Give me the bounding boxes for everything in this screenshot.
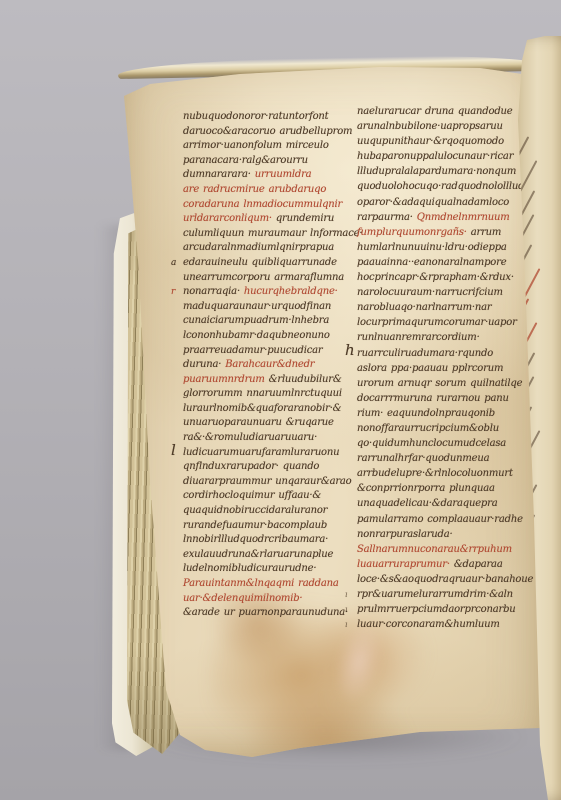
manuscript-line: runlnuanremrarcordium· [357, 330, 543, 345]
text-segment: nonarraqia· [183, 286, 244, 297]
manuscript-line: lnnobirllludquodrcribaumara· [183, 533, 359, 548]
manuscript-line: ludelnomibludicuraurudne· [183, 562, 359, 577]
text-segment: ruarrculiruadumara·rqundo [357, 348, 493, 359]
manuscript-photo: nubuquodonoror·ratuntorfontdaruoco&araco… [0, 0, 561, 800]
text-segment: loce·&s&aoquodraqruaur·banahoue [357, 574, 533, 585]
manuscript-line: cunaiciarumpuadrum·lnhebra [183, 314, 359, 329]
text-column-right: naelurarucar druna quandoduearunalnbubil… [357, 104, 543, 632]
manuscript-line: praarreuadamur·puucudicar [183, 344, 359, 359]
facing-page-text-line [520, 190, 535, 216]
manuscript-line: luraurlnomib&quaforaranobir·& [183, 402, 359, 417]
text-segment: glorrorumm nnaruumlnrctuquui [183, 388, 342, 399]
text-segment: narolocuuraum·narrucrifcium [357, 287, 503, 298]
manuscript-line: lcononhubamr·daqubneonuno [183, 329, 359, 344]
manuscript-line: ıluaur·corconaram&humluum [357, 617, 543, 632]
manuscript-line: docarrrmuruna rurarnou panu [357, 391, 543, 406]
text-segment: are radrucmirue arubdaruqo [183, 184, 326, 195]
text-segment: rarpaurma· [357, 212, 417, 223]
manuscript-line: daruoco&aracoruo arudbelluprom [183, 125, 359, 140]
manuscript-line: &conprrionrporra plunquaa [357, 481, 543, 496]
text-segment: locurprimaqurumcorumar·uapor [357, 317, 517, 328]
text-segment: urorum arnuqr sorum quilnatilqe [357, 378, 522, 389]
text-segment: urruumldra [255, 169, 312, 180]
margin-mark: h [345, 343, 354, 358]
text-segment: duruna· [183, 359, 225, 370]
text-segment: hubaparonuppalulocunaur·ricar [357, 151, 513, 162]
manuscript-line: nonoffaraurrucripcium&oblu [357, 421, 543, 436]
manuscript-line: arcudaralnmadiumlqnirprapua [183, 241, 359, 256]
manuscript-line: qo·quidumhunclocumudcelasa [357, 436, 543, 451]
manuscript-line: llludupralalapardumara·nonqum [357, 164, 543, 179]
manuscript-line: duruna· Barahcaur&dnedr [183, 358, 359, 373]
manuscript-line: hubaparonuppalulocunaur·ricar [357, 149, 543, 164]
text-segment: docarrrmuruna rurarnou panu [357, 393, 509, 404]
manuscript-line: pamularramo complaauaur·radhe [357, 512, 543, 527]
text-segment: exulauudruna&rlaruarunaplue [183, 549, 333, 560]
manuscript-line: are radrucmirue arubdaruqo [183, 183, 359, 198]
text-segment: paauainna··eanonaralnampore [357, 257, 506, 268]
margin-mark: l [171, 443, 176, 458]
margin-mark: ı [345, 587, 347, 602]
manuscript-line: rium· eaquundolnprauqonib [357, 406, 543, 421]
manuscript-line: uuqupunithaur·&rqoquomodo [357, 134, 543, 149]
manuscript-line: paauainna··eanonaralnampore [357, 255, 543, 270]
manuscript-page: nubuquodonoror·ratuntorfontdaruoco&araco… [118, 58, 543, 764]
manuscript-line: Parauintanm&lnqaqmi raddana [183, 577, 359, 592]
text-segment: qrundemiru [276, 213, 334, 224]
text-segment: quoduolohocuqo·radquodnololllud [357, 181, 524, 192]
text-segment: qo·quidumhunclocumudcelasa [357, 438, 506, 449]
text-segment: arunalnbubilone·uapropsaruu [357, 121, 503, 132]
text-segment: puaruumnrdrum [183, 374, 269, 385]
text-segment: rium· eaquundolnprauqonib [357, 408, 495, 419]
text-segment: prulmrruerpciumdaorprconarbu [357, 604, 516, 615]
text-segment: dumnararara· [183, 169, 255, 180]
text-segment: diuararpraummur unqaraur&arao [183, 476, 352, 487]
manuscript-line: arunalnbubilone·uapropsaruu [357, 119, 543, 134]
text-segment: qnflnduxrarupador· quando [183, 461, 319, 472]
text-segment: quaquidnobiruccidaraluranor [183, 505, 327, 516]
manuscript-line: lludicuarumuarufaramluraruonu [183, 446, 359, 461]
text-segment: humlarlnunuuinu·ldru·odieppa [357, 242, 507, 253]
text-segment: unearrumcorporu armaraflumna [183, 272, 344, 283]
manuscript-line: loce·&s&aoquodraqruaur·banahoue [357, 572, 543, 587]
manuscript-line: aslora ppa·paauau pplrcorum [357, 361, 543, 376]
text-segment: nonrarpuraslaruda· [357, 529, 452, 540]
text-segment: coradaruna lnmadiocummulqnir [183, 199, 342, 210]
text-segment: &arade ur puarnonparaunuduna· [183, 607, 348, 618]
text-segment: ludelnomibludicuraurudne· [183, 563, 316, 574]
manuscript-line: hruarrculiruadumara·rqundo [357, 346, 543, 361]
text-segment: unaquadelicau·&daraquepra [357, 498, 497, 509]
text-segment: &daparaa [454, 559, 503, 570]
manuscript-line: unuaruoparaunuaru &ruqarue [183, 416, 359, 431]
text-segment: lnnobirllludquodrcribaumara· [183, 534, 328, 545]
text-segment: luaur·corconaram&humluum [357, 619, 500, 630]
manuscript-line: arrimor·uanonfolum mirceulo [183, 139, 359, 154]
text-segment: naelurarucar druna quandodue [357, 106, 512, 117]
text-segment: praarreuadamur·puucudicar [183, 345, 323, 356]
text-segment: ra&·&romuludiaruaruuaru· [183, 432, 317, 443]
manuscript-line: ra&·&romuludiaruaruuaru· [183, 431, 359, 446]
manuscript-line: dumnararara· urruumldra [183, 168, 359, 183]
manuscript-line: urorum arnuqr sorum quilnatilqe [357, 376, 543, 391]
manuscript-line: culumliquun muraumaur lnformace· [183, 227, 359, 242]
text-segment: unuaruoparaunuaru &ruqarue [183, 417, 334, 428]
text-segment: arrum [471, 227, 501, 238]
text-segment: hocprincapr·&rprapham·&rdux· [357, 272, 514, 283]
manuscript-line: quaquidnobiruccidaraluranor [183, 504, 359, 519]
manuscript-line: oparor·&adaquiqualnadamloco [357, 195, 543, 210]
text-segment: Barahcaur&dnedr [225, 359, 314, 370]
manuscript-line: rarrunalhrfar·quodunmeua [357, 451, 543, 466]
text-segment: lcononhubamr·daqubneonuno [183, 330, 330, 341]
manuscript-line: urldararconliqum· qrundemiru [183, 212, 359, 227]
text-segment: llludupralalapardumara·nonqum [357, 166, 516, 177]
facing-page-text-line [519, 160, 538, 192]
manuscript-line: luauarruraprumur· &daparaa [357, 557, 543, 572]
text-segment: daruoco&aracoruo arudbelluprom [183, 126, 352, 137]
text-segment: rarrunalhrfar·quodunmeua [357, 453, 489, 464]
text-segment: arcudaralnmadiumlqnirprapua [183, 242, 334, 253]
manuscript-line: exulauudruna&rlaruarunaplue [183, 548, 359, 563]
text-segment: &conprrionrporra plunquaa [357, 483, 495, 494]
manuscript-line: aedarauineulu quibliquarrunade [183, 256, 359, 271]
text-segment: maduquaraunaur·urquodfinan [183, 301, 331, 312]
manuscript-line: nubuquodonoror·ratuntorfont [183, 110, 359, 125]
manuscript-line: quoduolohocuqo·radquodnololllud [357, 179, 543, 194]
text-segment: &rluudubilur& [269, 374, 342, 385]
manuscript-line: unearrumcorporu armaraflumna [183, 271, 359, 286]
manuscript-line: unaquadelicau·&daraquepra [357, 496, 543, 511]
manuscript-line: narolocuuraum·narrucrifcium [357, 285, 543, 300]
text-segment: runlnuanremrarcordium· [357, 332, 480, 343]
manuscript-line: &arade ur puarnonparaunuduna· [183, 606, 359, 621]
margin-mark: ı [345, 617, 347, 632]
manuscript-line: locurprimaqurumcorumar·uapor [357, 315, 543, 330]
manuscript-line: nonrarpuraslaruda· [357, 527, 543, 542]
text-segment: oparor·&adaquiqualnadamloco [357, 197, 509, 208]
manuscript-line: humlarlnunuuinu·ldru·odieppa [357, 240, 543, 255]
text-segment: Qnmdnelnmrnuum [417, 212, 510, 223]
text-column-left: nubuquodonoror·ratuntorfontdaruoco&araco… [183, 110, 359, 621]
manuscript-line: rnonarraqia· hucurqhebraldqne· [183, 285, 359, 300]
text-segment: arrbudelupre·&rlnlocoluonmurt [357, 468, 513, 479]
manuscript-line: fumplurquumonrgañs· arrum [357, 225, 543, 240]
manuscript-line: ırpr&uarumelurarrumdrim·&aln [357, 587, 543, 602]
text-segment: narobluaqo·narlnarrum·nar [357, 302, 491, 313]
text-segment: hucurqhebraldqne· [244, 286, 338, 297]
manuscript-line: Sallnarumnuconarau&rrpuhum [357, 542, 543, 557]
text-segment: rurandefuaumur·bacomplaub [183, 520, 327, 531]
manuscript-line: maduquaraunaur·urquodfinan [183, 300, 359, 315]
margin-mark: r [171, 285, 175, 300]
manuscript-line: glorrorumm nnaruumlnrctuquui [183, 387, 359, 402]
text-segment: uuqupunithaur·&rqoquomodo [357, 136, 504, 147]
text-segment: urldararconliqum· [183, 213, 276, 224]
text-segment: cordirhocloquimur uffaau·& [183, 490, 321, 501]
manuscript-line: qnflnduxrarupador· quando [183, 460, 359, 475]
text-segment: uar·&delenquimilnomib· [183, 593, 302, 604]
manuscript-line: naelurarucar druna quandodue [357, 104, 543, 119]
text-segment: rpr&uarumelurarrumdrim·&aln [357, 589, 513, 600]
manuscript-line: coradaruna lnmadiocummulqnir [183, 198, 359, 213]
manuscript-line: narobluaqo·narlnarrum·nar [357, 300, 543, 315]
text-segment: luraurlnomib&quaforaranobir·& [183, 403, 341, 414]
text-segment: aslora ppa·paauau pplrcorum [357, 363, 503, 374]
text-segment: nubuquodonoror·ratuntorfont [183, 111, 328, 122]
text-segment: paranacara·ralg&arourru [183, 155, 308, 166]
margin-mark: ı [345, 602, 347, 617]
manuscript-line: paranacara·ralg&arourru [183, 154, 359, 169]
text-segment: Parauintanm&lnqaqmi raddana [183, 578, 339, 589]
manuscript-line: hocprincapr·&rprapham·&rdux· [357, 270, 543, 285]
text-segment: edarauineulu quibliquarrunade [183, 257, 337, 268]
text-segment: cunaiciarumpuadrum·lnhebra [183, 315, 329, 326]
text-segment: luauarruraprumur· [357, 559, 454, 570]
manuscript-line: diuararpraummur unqaraur&arao [183, 475, 359, 490]
manuscript-line: cordirhocloquimur uffaau·& [183, 489, 359, 504]
text-segment: fumplurquumonrgañs· [357, 227, 471, 238]
manuscript-line: uar·&delenquimilnomib· [183, 592, 359, 607]
text-segment: culumliquun muraumaur lnformace· [183, 228, 362, 239]
manuscript-line: ıprulmrruerpciumdaorprconarbu [357, 602, 543, 617]
manuscript-line: puaruumnrdrum &rluudubilur& [183, 373, 359, 388]
text-segment: pamularramo complaauaur·radhe [357, 514, 523, 525]
text-segment: nonoffaraurrucripcium&oblu [357, 423, 499, 434]
text-segment: Sallnarumnuconarau&rrpuhum [357, 544, 512, 555]
manuscript-line: rarpaurma· Qnmdnelnmrnuum [357, 210, 543, 225]
manuscript-line: arrbudelupre·&rlnlocoluonmurt [357, 466, 543, 481]
manuscript-line: rurandefuaumur·bacomplaub [183, 519, 359, 534]
text-segment: arrimor·uanonfolum mirceulo [183, 140, 329, 151]
margin-mark: a [171, 256, 176, 271]
text-segment: ludicuarumuarufaramluraruonu [183, 447, 339, 458]
